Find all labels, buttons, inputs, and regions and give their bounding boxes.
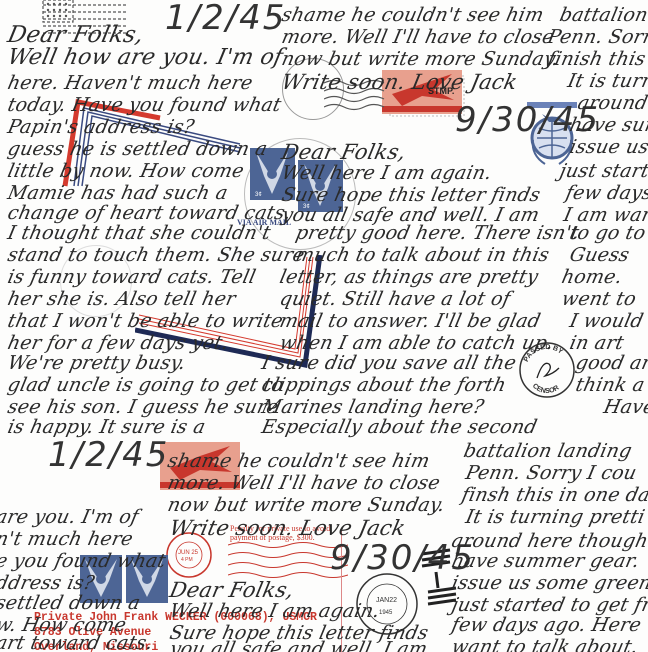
svg-text:1945: 1945 [379, 610, 393, 616]
letter-collage-pattern: 3¢ 3¢ VIA AIR MAIL STMP. PASSED BY [0, 0, 648, 652]
svg-text:3¢: 3¢ [255, 192, 262, 198]
svg-text:4 PM: 4 PM [181, 557, 193, 563]
svg-text:JUN 25: JUN 25 [178, 550, 199, 556]
letter-date: 1/2/45 [165, 0, 286, 38]
svg-text:CENSOR: CENSOR [531, 383, 561, 395]
letter-date: 1/2/45 [48, 435, 169, 475]
